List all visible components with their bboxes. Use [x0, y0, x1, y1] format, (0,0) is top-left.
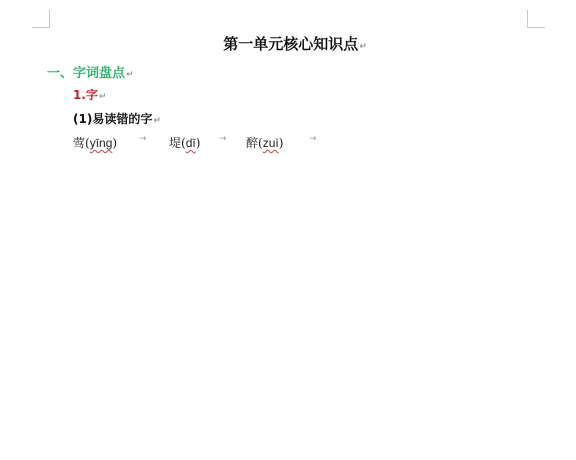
subsection-heading-characters[interactable]: 1.字↵ [73, 86, 106, 103]
tab-arrow-icon: → [219, 134, 227, 144]
tab-arrow-icon: → [139, 134, 147, 144]
word-char: 莺 [73, 136, 85, 150]
document-title[interactable]: 第一单元核心知识点↵ [0, 33, 576, 54]
word-char: 堤 [169, 136, 181, 150]
word-item: 堤(dī) [169, 134, 200, 151]
word-char: 醉 [246, 136, 258, 150]
paragraph-mark-icon: ↵ [126, 70, 134, 80]
heading-easy-misread[interactable]: (1)易读错的字↵ [73, 110, 161, 127]
word-pinyin: zuì [263, 136, 279, 150]
section-heading-vocabulary[interactable]: 一、字词盘点↵ [47, 62, 134, 81]
margin-corner-top-left [32, 10, 50, 28]
heading-text: (1)易读错的字 [73, 112, 152, 126]
subsection-heading-text: 1.字 [73, 88, 98, 102]
document-page: 第一单元核心知识点↵ 一、字词盘点↵ 1.字↵ (1)易读错的字↵ 莺(yīng… [0, 0, 576, 460]
paragraph-mark-icon: ↵ [153, 116, 161, 126]
paragraph-mark-icon: ↵ [99, 92, 107, 102]
word-item: 醉(zuì) [246, 134, 283, 151]
word-pinyin: yīng [90, 136, 113, 150]
misread-row-1[interactable]: 莺(yīng) → 堤(dī) → 醉(zuì) → [73, 134, 533, 150]
paragraph-mark-icon: ↵ [359, 42, 367, 52]
word-item: 莺(yīng) [73, 134, 117, 151]
word-pinyin: dī [186, 136, 196, 150]
tab-arrow-icon: → [309, 134, 317, 144]
margin-corner-top-right [527, 10, 545, 28]
title-text: 第一单元核心知识点 [223, 35, 358, 53]
section-heading-text: 一、字词盘点 [47, 66, 125, 81]
